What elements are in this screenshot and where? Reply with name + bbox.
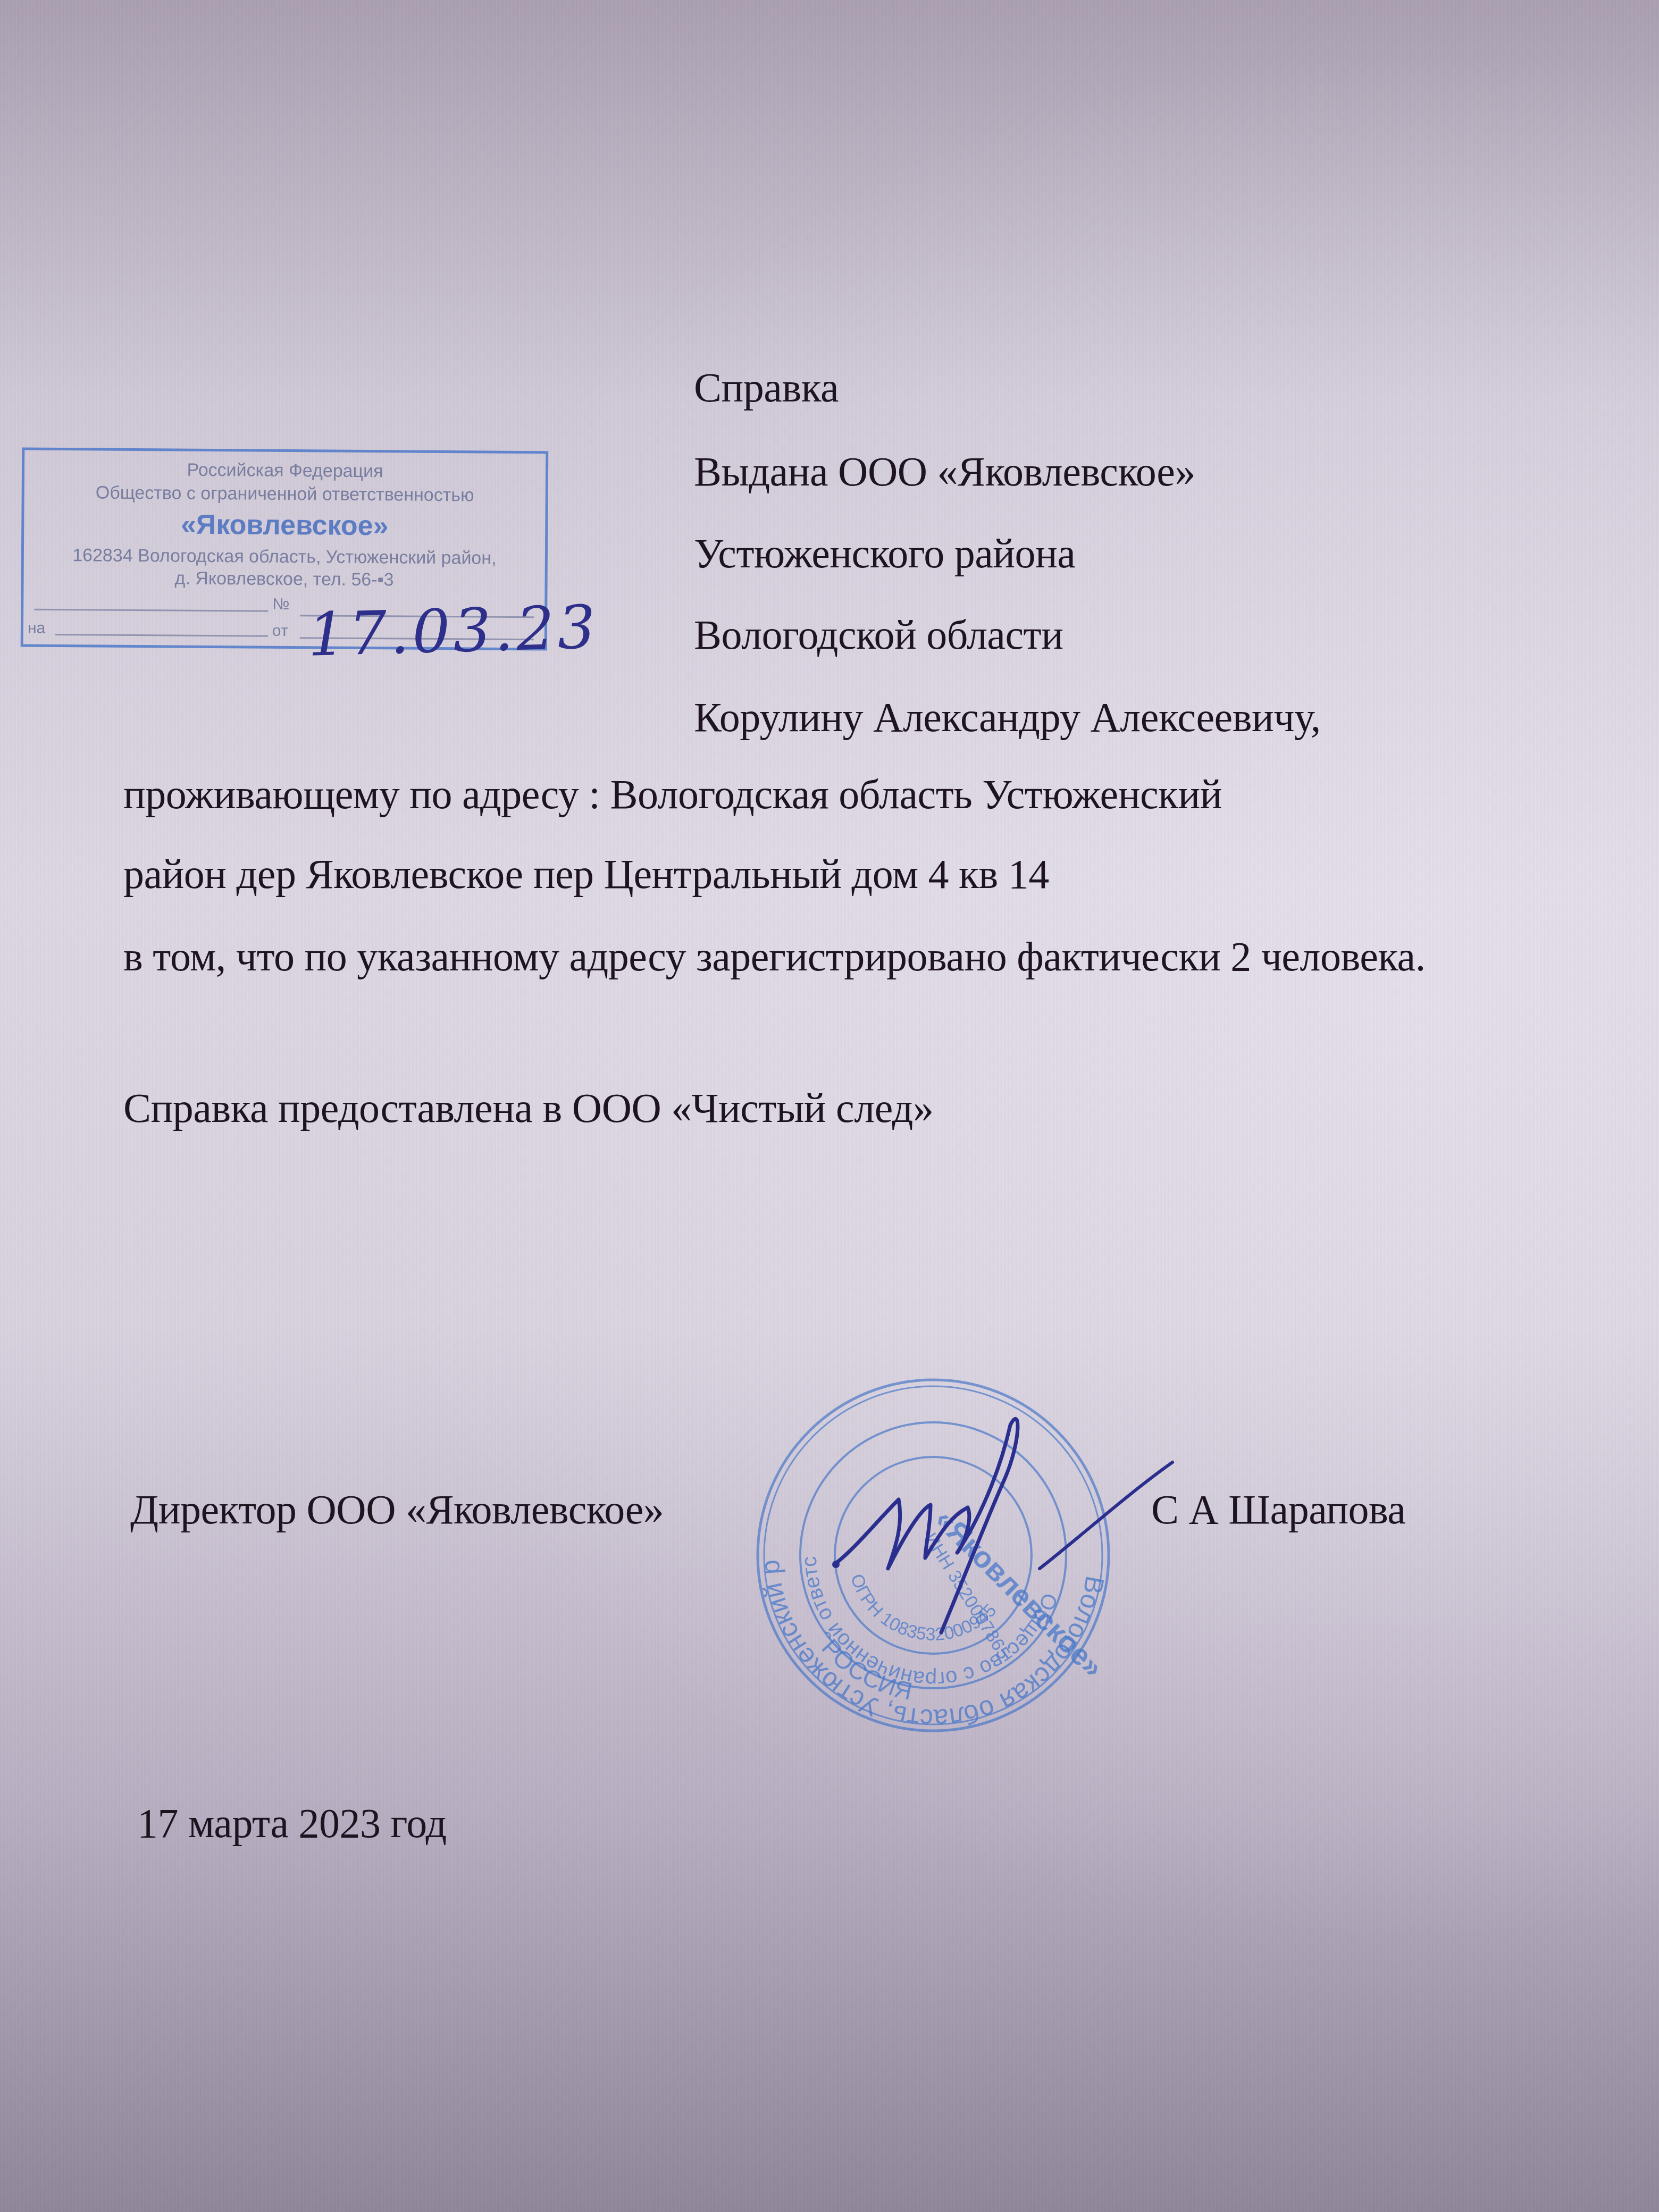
district-line: Устюженского района xyxy=(694,533,1075,574)
body-line-address-2: район дер Яковлевское пер Центральный до… xyxy=(123,853,1049,895)
body-line-address-1: проживающему по адресу : Вологодская обл… xyxy=(123,774,1222,815)
provided-to-line: Справка предоставлена в ООО «Чистый след… xyxy=(123,1087,933,1129)
document-date: 17 марта 2023 год xyxy=(137,1803,447,1844)
handwritten-signature-icon xyxy=(798,1393,1202,1659)
stamp-country: Российская Федерация xyxy=(24,460,546,482)
corner-registration-stamp: Российская Федерация Общество с ограниче… xyxy=(21,448,549,651)
issuer-line: Выдана ООО «Яковлевское» xyxy=(694,451,1195,492)
signatory-title: Директор ООО «Яковлевское» xyxy=(130,1489,664,1530)
stamp-address-line2: д. Яковлевское, тел. 56-▪3 xyxy=(23,568,544,590)
region-line: Вологодской области xyxy=(694,614,1063,656)
stamp-number-label: № xyxy=(272,596,289,614)
body-line-residents: в том, что по указанному адресу зарегист… xyxy=(123,936,1426,977)
stamp-from-label: от xyxy=(272,622,288,640)
stamp-number-rule xyxy=(34,609,268,612)
stamp-on-rule xyxy=(55,634,268,637)
stamp-org-type: Общество с ограниченной ответственностью xyxy=(24,483,546,505)
stamp-address-line1: 162834 Вологодская область, Устюженский … xyxy=(24,546,545,568)
document-title: Справка xyxy=(694,367,839,408)
stamp-handwritten-date: 17.03.23 xyxy=(307,593,599,670)
stamp-on-label: на xyxy=(28,619,46,638)
recipient-name: Корулину Александру Алексеевичу, xyxy=(694,697,1321,738)
stamp-org-name: «Яковлевское» xyxy=(24,510,545,541)
